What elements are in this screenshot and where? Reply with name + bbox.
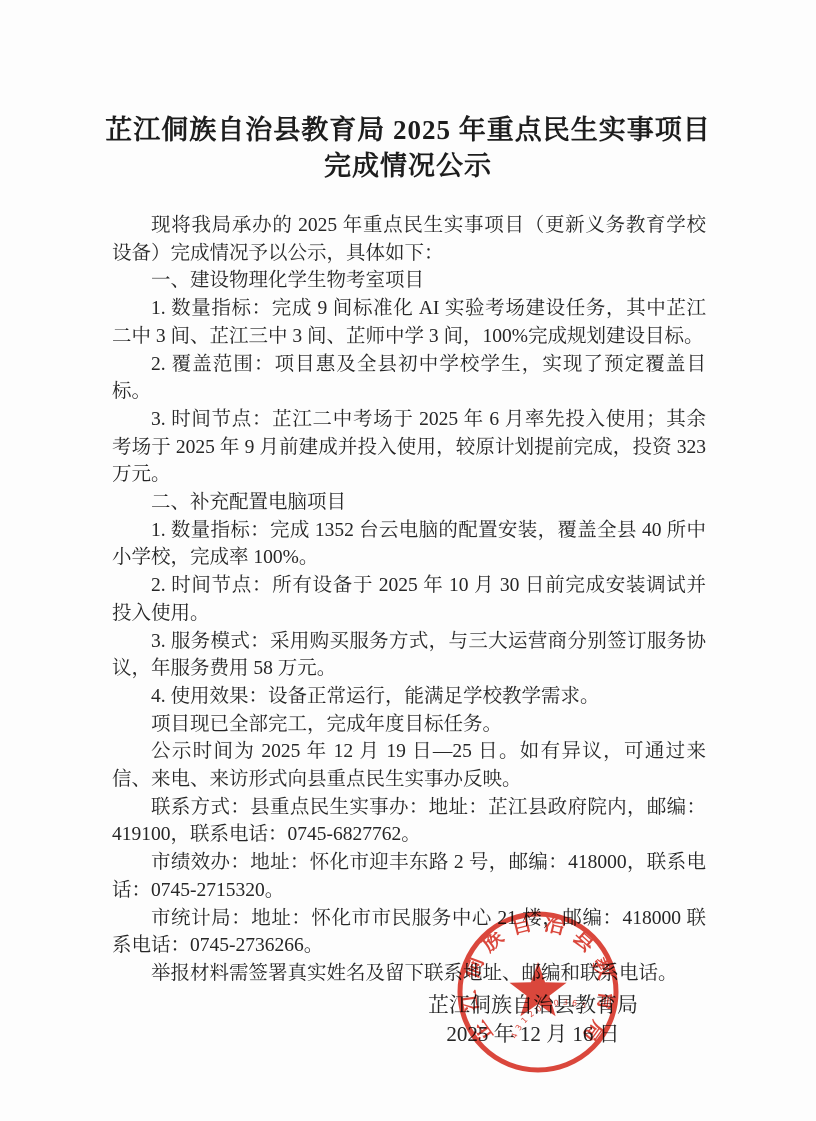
- paragraph: 2. 覆盖范围：项目惠及全县初中学校学生，实现了预定覆盖目标。: [112, 351, 706, 406]
- signature-org: 芷江侗族自治县教育局: [373, 991, 693, 1020]
- paragraph: 联系方式：县重点民生实事办：地址：芷江县政府院内，邮编：419100，联系电话：…: [112, 794, 706, 849]
- document-title: 芷江侗族自治县教育局 2025 年重点民生实事项目 完成情况公示: [58, 112, 758, 184]
- paragraph: 3. 服务模式：采用购买服务方式，与三大运营商分别签订服务协议，年服务费用 58…: [112, 628, 706, 683]
- paragraph: 公示时间为 2025 年 12 月 19 日—25 日。如有异议，可通过来信、来…: [112, 738, 706, 793]
- paragraph: 现将我局承办的 2025 年重点民生实事项目（更新义务教育学校设备）完成情况予以…: [112, 212, 706, 267]
- paragraph: 1. 数量指标：完成 9 间标准化 AI 实验考场建设任务，其中芷江二中 3 间…: [112, 295, 706, 350]
- paragraph: 1. 数量指标：完成 1352 台云电脑的配置安装，覆盖全县 40 所中小学校，…: [112, 517, 706, 572]
- paragraph: 市统计局：地址：怀化市市民服务中心 21 楼，邮编：418000 联系电话：07…: [112, 905, 706, 960]
- paragraph: 2. 时间节点：所有设备于 2025 年 10 月 30 日前完成安装调试并投入…: [112, 572, 706, 627]
- signature-date: 2025 年 12 月 16 日: [373, 1020, 693, 1049]
- paragraph: 举报材料需签署真实姓名及留下联系地址、邮编和联系电话。: [112, 960, 706, 988]
- paragraph: 市绩效办：地址：怀化市迎丰东路 2 号，邮编：418000，联系电话：0745-…: [112, 849, 706, 904]
- document-title-line2: 完成情况公示: [58, 148, 758, 184]
- document-title-line1: 芷江侗族自治县教育局 2025 年重点民生实事项目: [58, 112, 758, 148]
- document-body: 现将我局承办的 2025 年重点民生实事项目（更新义务教育学校设备）完成情况予以…: [112, 212, 706, 988]
- paragraph: 3. 时间节点：芷江二中考场于 2025 年 6 月率先投入使用；其余考场于 2…: [112, 406, 706, 489]
- paragraph: 4. 使用效果：设备正常运行，能满足学校教学需求。: [112, 683, 706, 711]
- signature-block: 芷江侗族自治县教育局 2025 年 12 月 16 日: [373, 991, 693, 1049]
- paragraph: 二、补充配置电脑项目: [112, 489, 706, 517]
- document-page: 芷江侗族自治县教育局 2025 年重点民生实事项目 完成情况公示 现将我局承办的…: [0, 0, 816, 1121]
- paragraph: 项目现已全部完工，完成年度目标任务。: [112, 711, 706, 739]
- paragraph: 一、建设物理化学生物考室项目: [112, 267, 706, 295]
